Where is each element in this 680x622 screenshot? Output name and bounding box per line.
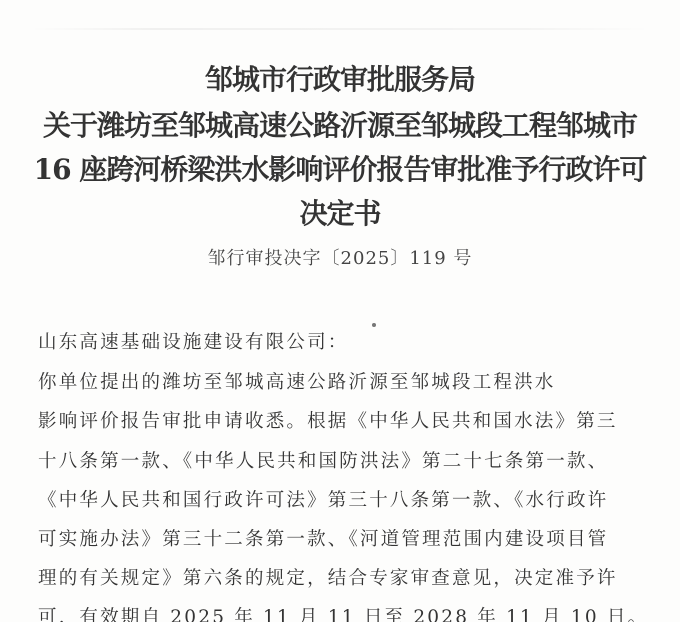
body-paragraph-line: 十八条第一款、《中华人民共和国防洪法》第二十七条第一款、: [38, 447, 608, 473]
decision-title-line-2: 16 座跨河桥梁洪水影响评价报告审批准予行政许可: [0, 148, 680, 188]
issuing-authority-title: 邹城市行政审批服务局: [0, 58, 680, 98]
body-paragraph-line: 理的有关规定》第六条的规定，结合专家审查意见，决定准予许: [38, 564, 618, 590]
decision-title-line-1: 关于潍坊至邹城高速公路沂源至邹城段工程邹城市: [0, 104, 680, 144]
body-paragraph-line: 可实施办法》第三十二条第一款、《河道管理范围内建设项目管: [38, 525, 608, 551]
scan-speck: [372, 323, 376, 327]
decision-title-line-3: 决定书: [0, 192, 680, 232]
document-number: 邹行审投决字〔2025〕119 号: [0, 244, 680, 270]
body-paragraph-line: 你单位提出的潍坊至邹城高速公路沂源至邹城段工程洪水: [38, 368, 556, 394]
addressee: 山东高速基础设施建设有限公司：: [38, 328, 349, 354]
body-paragraph-line: 可，有效期自 2025 年 11 月 11 日至 2028 年 11 月 10 …: [38, 603, 648, 622]
body-paragraph-line: 影响评价报告审批申请收悉。根据《中华人民共和国水法》第三: [38, 407, 618, 433]
bleed-through-line: [30, 28, 650, 30]
body-paragraph-line: 《中华人民共和国行政许可法》第三十八条第一款、《水行政许: [38, 486, 608, 512]
